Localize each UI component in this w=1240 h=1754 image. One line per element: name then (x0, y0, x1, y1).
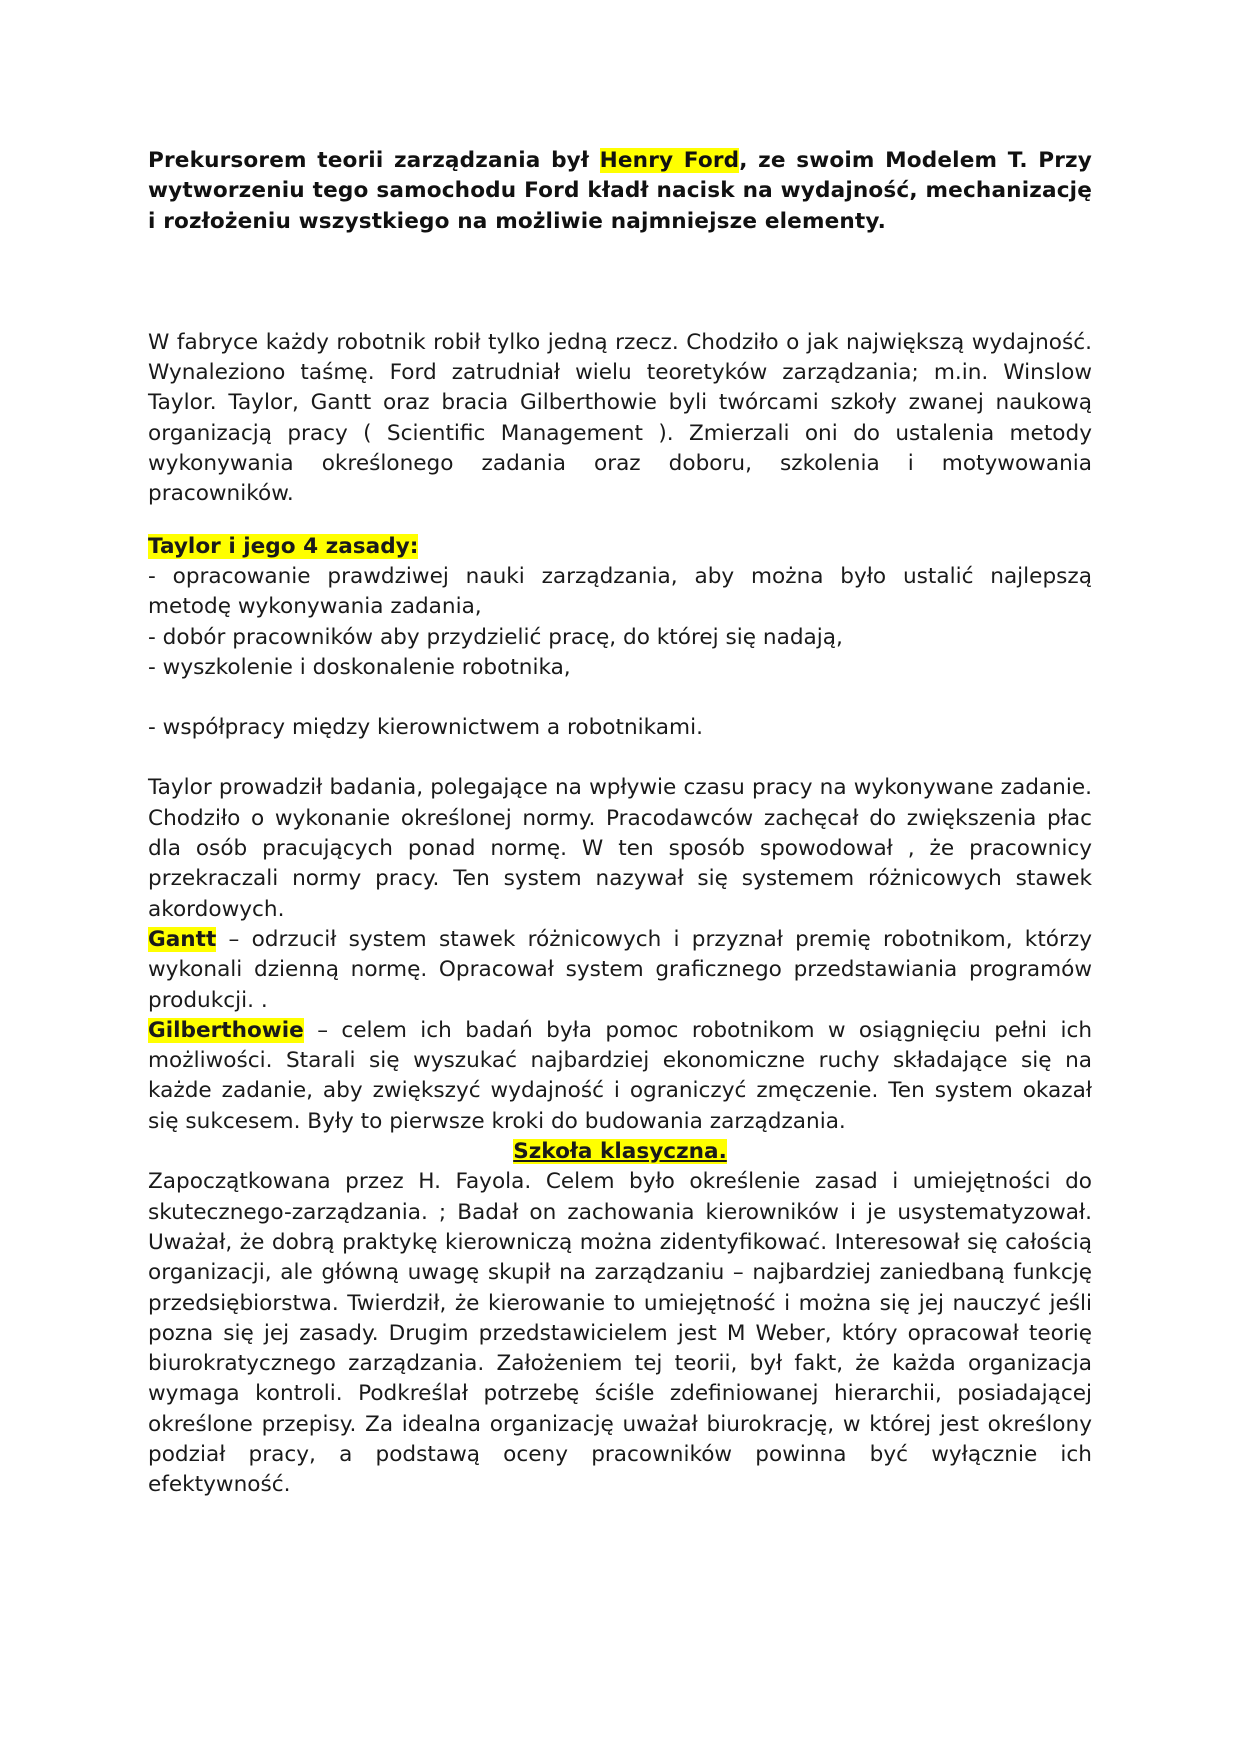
taylor-research-paragraph: Taylor prowadził badania, polegające na … (148, 773, 1092, 924)
intro-text-before: Prekursorem teorii zarządzania był (148, 148, 600, 173)
list-item: - opracowanie prawdziwej nauki zarządzan… (148, 562, 1092, 623)
taylor-heading-text: Taylor i jego 4 zasady: (148, 534, 418, 559)
list-item: - wyszkolenie i doskonalenie robotnika, (148, 653, 1092, 683)
gantt-text: – odrzucił system stawek różnicowych i p… (148, 927, 1092, 1013)
taylor-principles-list: - opracowanie prawdziwej nauki zarządzan… (148, 562, 1092, 743)
factory-paragraph: W fabryce każdy robotnik robił tylko jed… (148, 328, 1092, 510)
spacer (148, 683, 1092, 713)
list-item: - współpracy między kierownictwem a robo… (148, 713, 1092, 743)
document-page: Prekursorem teorii zarządzania był Henry… (148, 146, 1092, 1501)
gilberthowie-label: Gilberthowie (148, 1018, 304, 1043)
intro-paragraph: Prekursorem teorii zarządzania był Henry… (148, 146, 1092, 237)
classical-school-heading: Szkoła klasyczna. (148, 1137, 1092, 1167)
spacer (148, 237, 1092, 328)
list-item: - dobór pracowników aby przydzielić prac… (148, 623, 1092, 653)
spacer (148, 510, 1092, 532)
gilberthowie-paragraph: Gilberthowie – celem ich badań była pomo… (148, 1016, 1092, 1137)
classical-school-paragraph: Zapoczątkowana przez H. Fayola. Celem by… (148, 1167, 1092, 1500)
gantt-label: Gantt (148, 927, 216, 952)
taylor-heading: Taylor i jego 4 zasady: (148, 532, 1092, 562)
gantt-paragraph: Gantt – odrzucił system stawek różnicowy… (148, 925, 1092, 1016)
highlight-henry-ford: Henry Ford (600, 148, 740, 173)
classical-school-heading-text: Szkoła klasyczna. (513, 1139, 727, 1164)
spacer (148, 743, 1092, 773)
